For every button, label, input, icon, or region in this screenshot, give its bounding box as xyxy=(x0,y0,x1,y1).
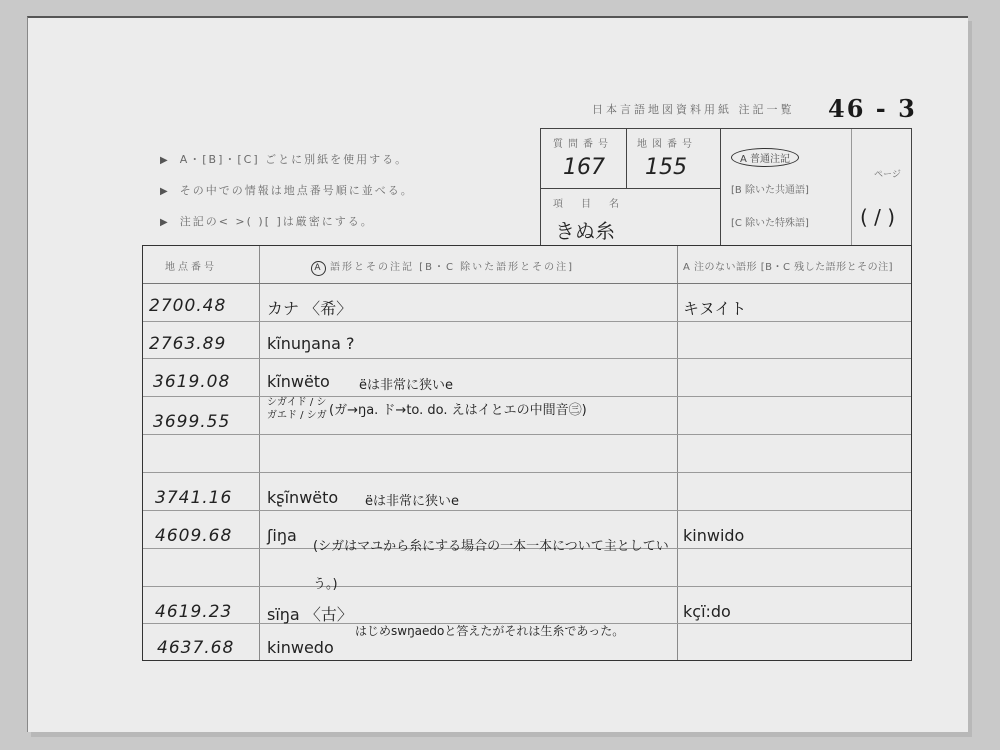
map-number-value: 155 xyxy=(645,155,687,180)
bare-form: kinwido xyxy=(683,526,744,545)
item-name-value: きぬ糸 xyxy=(555,215,615,244)
word-note: ëは非常に狭いe xyxy=(365,490,459,509)
word-form: kinwedo xyxy=(267,638,334,657)
bare-form: kçï:do xyxy=(683,602,731,621)
form-title: 日本言語地図資料用紙 注記一覧 xyxy=(592,101,795,117)
word-form: kĩnwëto xyxy=(267,372,330,391)
card-number: 46 - 3 xyxy=(828,94,917,123)
column-header-point-number: 地点番号 xyxy=(165,258,217,273)
point-number: 3699.55 xyxy=(153,412,230,432)
page-cell: ページ ( / ) xyxy=(852,129,912,246)
point-number: 3619.08 xyxy=(153,372,230,392)
word-form: sïŋa 〈古〉 xyxy=(267,602,353,625)
question-number-cell: 質問番号 167 xyxy=(541,129,627,189)
question-number-value: 167 xyxy=(563,155,605,180)
word-note: (シガはマユから糸にする場合の一本一本について主としていう。) xyxy=(313,528,673,604)
column-header-bare-form: A 注のない語形 [B・C 残した語形とその注] xyxy=(683,258,893,273)
category-c: [C 除いた特殊語] xyxy=(731,214,809,229)
point-number: 2763.89 xyxy=(149,334,226,354)
instruction-1: ▶A・[B]・[C] ごとに別紙を使用する。 xyxy=(160,151,408,167)
word-form: ʃiŋa xyxy=(267,526,297,545)
category-cell: A 普通注記 [B 除いた共通語] [C 除いた特殊語] xyxy=(721,129,852,246)
word-form: シガイド / シガエド / シガ xyxy=(267,396,327,422)
triangle-bullet-icon: ▶ xyxy=(160,155,170,166)
circled-a-marker: A xyxy=(311,261,326,276)
word-form: kʂĩnwëto xyxy=(267,488,338,507)
word-note: はじめswŋaedoと答えたがそれは生糸であった。 xyxy=(355,622,675,641)
column-header-form-note: A語形とその注記 [B・C 除いた語形とその注] xyxy=(311,258,574,276)
point-number: 3741.16 xyxy=(155,488,232,508)
header-box: 質問番号 167 地図番号 155 項目名 きぬ糸 A 普通注記 [B 除いた共… xyxy=(540,128,912,245)
instruction-2: ▶その中での情報は地点番号順に並べる。 xyxy=(160,182,414,198)
word-form: カナ 〈希〉 xyxy=(267,296,352,319)
point-number: 4609.68 xyxy=(155,526,232,546)
category-a-circled: A 普通注記 xyxy=(731,148,799,167)
word-note: ëは非常に狭いe xyxy=(359,374,453,393)
word-form: kĩnuŋana ? xyxy=(267,334,354,353)
map-number-cell: 地図番号 155 xyxy=(627,129,721,189)
instruction-3: ▶注記の< >( )[ ]は厳密にする。 xyxy=(160,213,374,229)
triangle-bullet-icon: ▶ xyxy=(160,186,170,197)
triangle-bullet-icon: ▶ xyxy=(160,217,170,228)
page-value: ( / ) xyxy=(860,205,895,229)
bare-form: キヌイト xyxy=(683,296,747,319)
notes-table: 地点番号 A語形とその注記 [B・C 除いた語形とその注] A 注のない語形 [… xyxy=(142,245,912,661)
point-number: 4619.23 xyxy=(155,602,232,622)
category-b: [B 除いた共通語] xyxy=(731,181,809,196)
point-number: 4637.68 xyxy=(157,638,234,658)
word-note: (ガ→ŋa. ド→to. do. えはイとエの中間音㊂) xyxy=(329,400,629,422)
item-name-cell: 項目名 きぬ糸 xyxy=(541,189,721,246)
point-number: 2700.48 xyxy=(149,296,226,316)
